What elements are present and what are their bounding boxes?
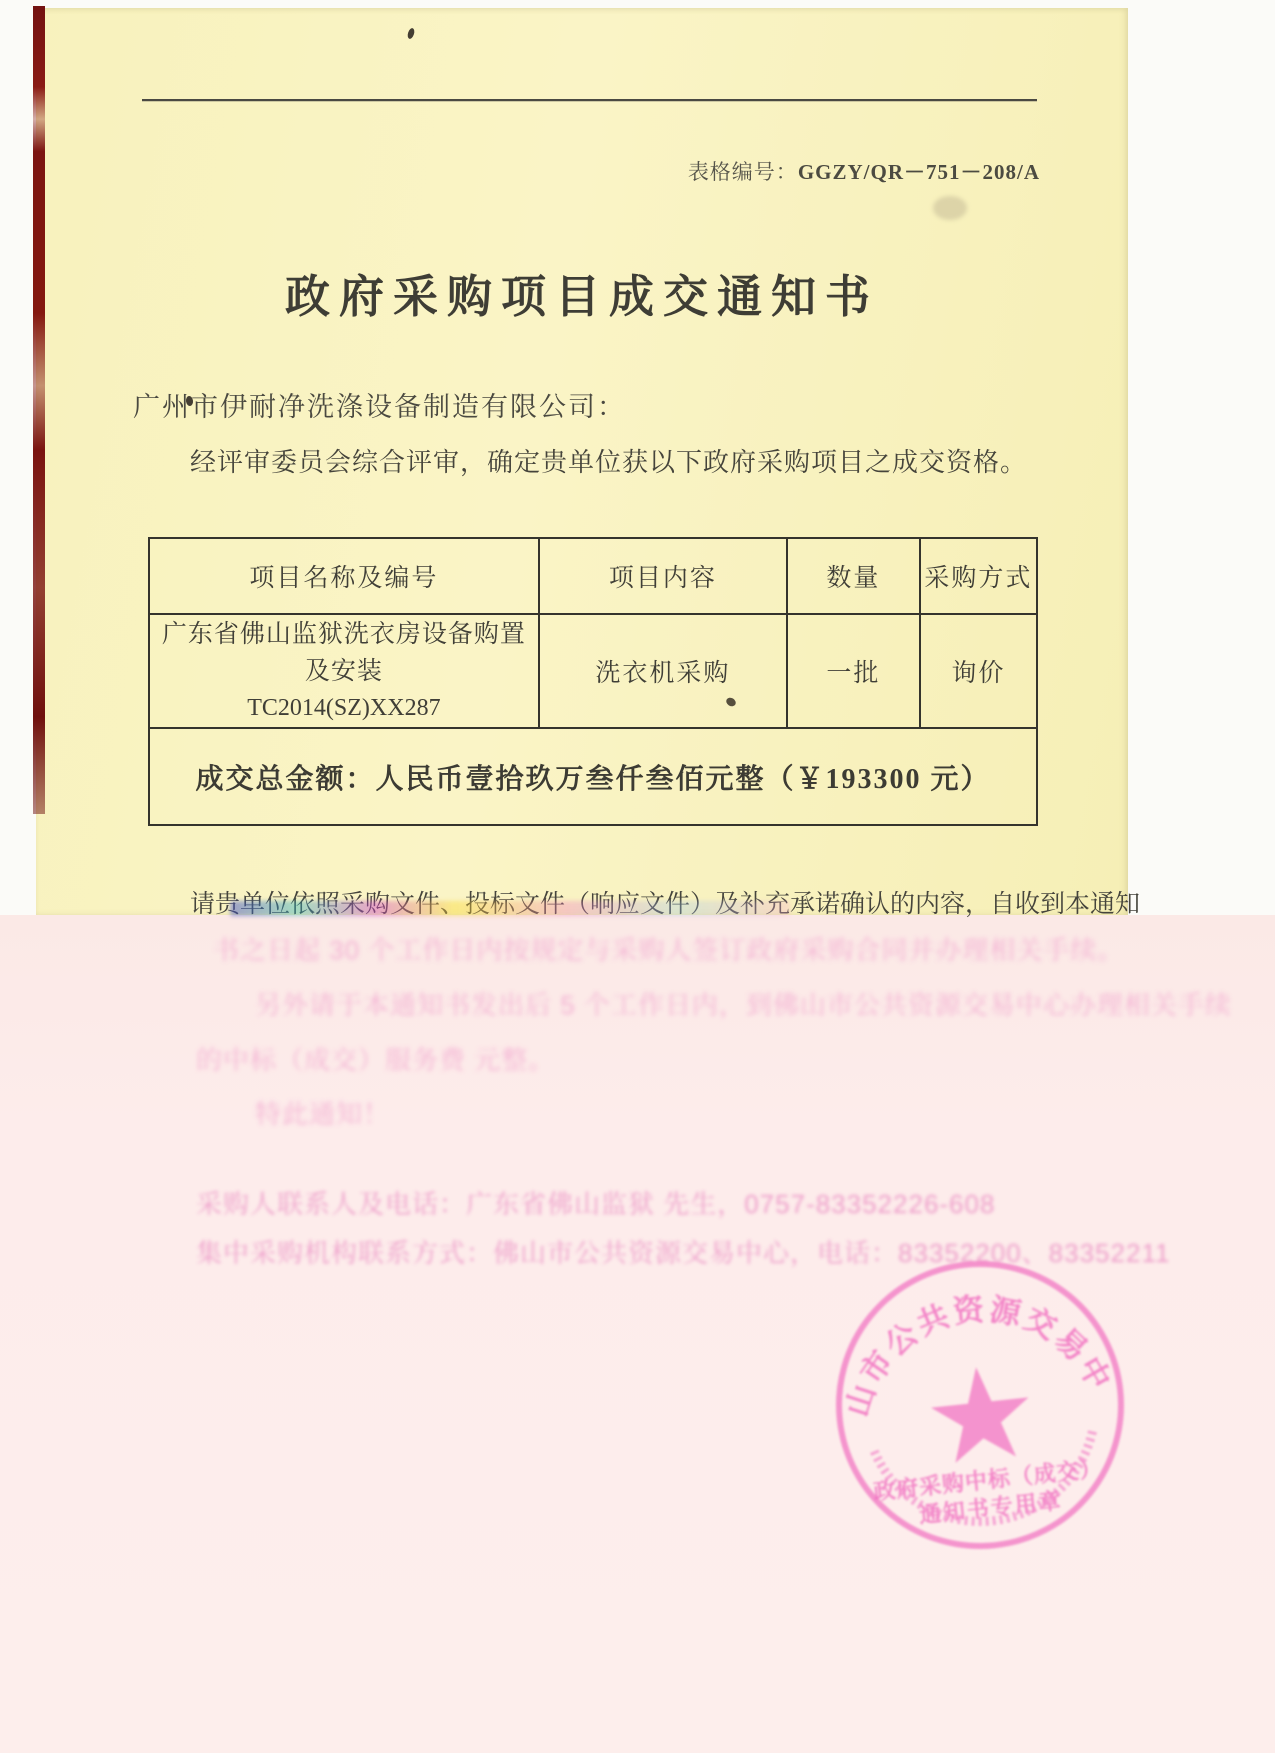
project-name-line1: 广东省佛山监狱洗衣房设备购置	[162, 616, 526, 653]
th-project-content: 项目内容	[540, 539, 788, 615]
project-code: TC2014(SZ)XX287	[247, 690, 440, 727]
official-seal: 佛山市公共资源交易中心 政府采购中标（成交） 通知书专用章	[815, 1240, 1145, 1570]
document-title: 政府采购项目成交通知书	[36, 260, 1128, 325]
form-number-value: GGZY/QR－751－208/A	[798, 160, 1040, 184]
form-number: 表格编号：GGZY/QR－751－208/A	[620, 156, 1040, 186]
cell-project-content: 洗衣机采购	[540, 615, 788, 729]
header-rule	[142, 99, 1037, 101]
scan-smudge	[933, 196, 967, 220]
table-data-row: 广东省佛山监狱洗衣房设备购置 及安装 TC2014(SZ)XX287 洗衣机采购…	[150, 615, 1036, 729]
scanned-document-page: 表格编号：GGZY/QR－751－208/A 政府采购项目成交通知书 广州市伊耐…	[0, 0, 1275, 1753]
cell-project-name: 广东省佛山监狱洗衣房设备购置 及安装 TC2014(SZ)XX287	[150, 615, 540, 729]
seal-graphic: 佛山市公共资源交易中心 政府采购中标（成交） 通知书专用章	[815, 1240, 1145, 1570]
cell-quantity: 一批	[788, 615, 921, 729]
faint-line-3: 的中标（成交）服务费 元整。	[196, 1040, 555, 1077]
table-header-row: 项目名称及编号 项目内容 数量 采购方式	[150, 539, 1036, 615]
award-table: 项目名称及编号 项目内容 数量 采购方式 广东省佛山监狱洗衣房设备购置 及安装 …	[148, 537, 1038, 826]
seal-star-icon	[927, 1362, 1034, 1465]
th-method: 采购方式	[921, 539, 1036, 615]
project-name-line2: 及安装	[305, 653, 383, 690]
faint-line-1: 书之日起 30 个工作日内按规定与采购人签订政府采购合同并办理相关手续。	[213, 930, 1124, 967]
faint-line-2: 另外请于本通知书发出后 5 个工作日内，到佛山市公共资源交易中心办理相关手续	[255, 985, 1232, 1022]
th-project-name: 项目名称及编号	[150, 539, 540, 615]
faint-line-5: 采购人联系人及电话：广东省佛山监狱 先生，0757-83352226-608	[196, 1184, 995, 1221]
faint-line-4: 特此通知！	[255, 1094, 390, 1131]
recipient-line: 广州市伊耐净洗涤设备制造有限公司：	[133, 385, 626, 424]
th-quantity: 数量	[788, 539, 921, 615]
cell-method: 询价	[921, 615, 1036, 729]
form-number-label: 表格编号：	[688, 160, 798, 184]
intro-paragraph: 经评审委员会综合评审，确定贵单位获以下政府采购项目之成交资格。	[190, 442, 1027, 479]
scan-edge-red-strip	[33, 6, 45, 814]
total-amount-row: 成交总金额：人民币壹拾玖万叁仟叁佰元整（￥193300 元）	[150, 729, 1036, 824]
scan-color-smear	[230, 901, 790, 916]
